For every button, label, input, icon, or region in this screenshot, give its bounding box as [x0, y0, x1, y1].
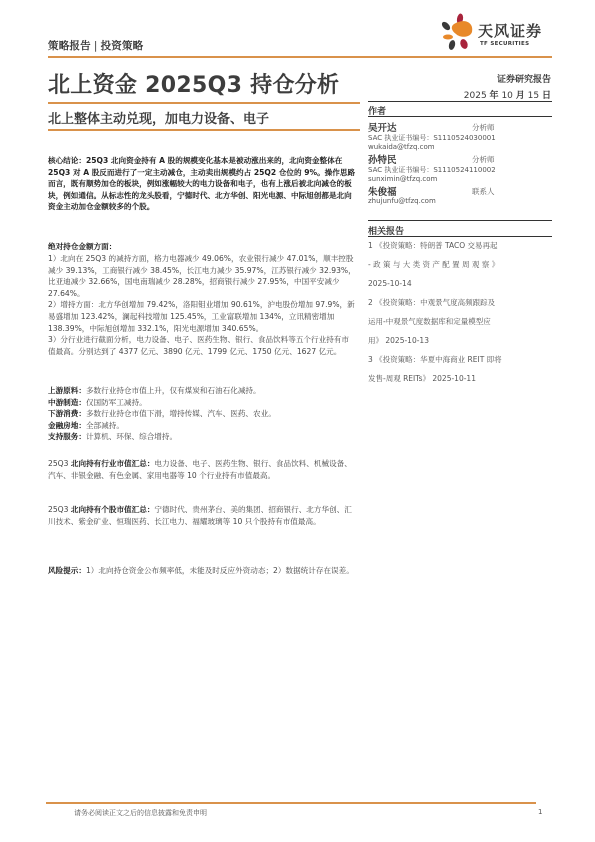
sac-number: S1110524110002 [433, 166, 495, 174]
company-logo: 天风证券 TF SECURITIES [440, 12, 560, 54]
chain-text: 计算机、环保、综合增持。 [86, 432, 177, 441]
chain-label: 上游原料： [48, 386, 86, 395]
chain-text: 多数行业持仓市值下滑，增持传媒、汽车、医药、农业。 [86, 409, 276, 418]
author-sac: SAC 执业证书编号：S1110524110002 [368, 165, 496, 175]
chain-label: 中游制造： [48, 398, 86, 407]
report-category: 策略报告|投资策略 [48, 38, 143, 53]
author-sac: SAC 执业证书编号：S1110524030001 [368, 133, 496, 143]
date-day-unit: 日 [542, 91, 551, 101]
chain-label: 支持服务： [48, 432, 86, 441]
sac-label: SAC 执业证书编号： [368, 134, 433, 142]
footer-divider [46, 802, 536, 804]
related-report-line: 运用-中观景气度数据库和定量模型应 [368, 312, 568, 331]
related-report-line: 2 《投资策略：中观景气度高频跟踪及 [368, 293, 568, 312]
report-date: 2025 年 10 月 15 日 [464, 88, 551, 101]
chain-label: 下游消费： [48, 409, 86, 418]
conclusion-text: 25Q3 北向资金持有 A 股的规模变化基本是被动涨出来的，北向资金整体在 25… [48, 156, 355, 211]
related-report-line: - 政 策 与 大 类 资 产 配 置 周 观 察 》 [368, 255, 568, 274]
conclusion-label: 核心结论： [48, 156, 86, 165]
chain-downstream: 下游消费：多数行业持仓市值下滑，增持传媒、汽车、医药、农业。 [48, 408, 356, 420]
page-title: 北上资金 2025Q3 持仓分析 [48, 68, 339, 99]
category-label: 策略报告 [48, 40, 91, 52]
title-divider [48, 102, 360, 104]
logo-en-name: TF SECURITIES [480, 41, 529, 47]
related-report-date: 2025-10-14 [368, 274, 568, 293]
core-conclusion: 核心结论：25Q3 北向资金持有 A 股的规模变化基本是被动涨出来的，北向资金整… [48, 155, 356, 213]
logo-cn-name: 天风证券 [478, 20, 542, 41]
risk-warning: 风险提示：1）北向持仓资金公布频率低，未能及时反应外资动态；2）数据统计存在误差… [48, 565, 356, 577]
related-report-line: 1 《投资策略：特朗普 TACO 交易再起 [368, 236, 568, 255]
summary-label: 北向持有个股市值汇总： [71, 505, 155, 514]
holdings-list: 1）北向在 25Q3 的减持方面，格力电器减少 49.06%，农业银行减少 47… [48, 253, 356, 357]
holdings-item-industry: 3）分行业进行截面分析，电力设备、电子、医药生物、银行、食品饮料等五个行业持有市… [48, 334, 356, 357]
sac-number: S1110524030001 [433, 134, 495, 142]
subtitle-divider [48, 129, 360, 131]
summary-prefix: 25Q3 [48, 459, 71, 468]
author-role: 分析师 [472, 154, 495, 165]
author-name: 朱俊福 [368, 184, 397, 198]
risk-label: 风险提示： [48, 566, 86, 575]
chain-label: 金融房地： [48, 421, 86, 430]
author-name: 孙特民 [368, 152, 397, 166]
authors-heading-rule [368, 116, 552, 117]
related-report-date: 用》 2025-10-13 [368, 331, 568, 350]
chain-midstream: 中游制造：仅国防军工减持。 [48, 397, 356, 409]
footer-disclaimer[interactable]: 请务必阅读正文之后的信息披露和免责申明 [74, 808, 207, 818]
report-type: 证券研究报告 [497, 72, 551, 85]
stock-summary: 25Q3 北向持有个股市值汇总：宁德时代、贵州茅台、美的集团、招商银行、北方华创… [48, 504, 356, 527]
industry-chain-list: 上游原料：多数行业持仓市值上升，仅有煤炭和石油石化减持。 中游制造：仅国防军工减… [48, 385, 356, 443]
industry-summary: 25Q3 北向持有行业市值汇总：电力设备、电子、医药生物、银行、食品饮料、机械设… [48, 458, 356, 481]
risk-text: 1）北向持仓资金公布频率低，未能及时反应外资动态；2）数据统计存在误差。 [86, 566, 354, 575]
sac-label: SAC 执业证书编号： [368, 166, 433, 174]
chain-finance: 金融房地：全部减持。 [48, 420, 356, 432]
author-name: 吴开达 [368, 120, 397, 134]
page-subtitle: 北上整体主动兑现，加电力设备、电子 [48, 108, 269, 127]
author-email[interactable]: sunximin@tfzq.com [368, 175, 437, 183]
header-divider [48, 56, 552, 58]
page-number: 1 [538, 808, 542, 816]
author-role: 联系人 [472, 186, 495, 197]
category-separator: | [94, 40, 98, 52]
summary-label: 北向持有行业市值汇总： [71, 459, 155, 468]
date-month: 10 [501, 91, 512, 101]
date-year-unit: 年 [490, 91, 499, 101]
date-year: 2025 [464, 91, 487, 101]
chain-upstream: 上游原料：多数行业持仓市值上升，仅有煤炭和石油石化减持。 [48, 385, 356, 397]
related-report-item[interactable]: 3 《投资策略：华夏中海商业 REIT 即将 发售-周观 REITs》 2025… [368, 350, 568, 388]
authors-top-rule [368, 101, 552, 102]
holdings-item-reduce: 1）北向在 25Q3 的减持方面，格力电器减少 49.06%，农业银行减少 47… [48, 253, 356, 299]
chain-text: 全部减持。 [86, 421, 124, 430]
chain-text: 仅国防军工减持。 [86, 398, 147, 407]
date-day: 15 [528, 91, 539, 101]
chain-services: 支持服务：计算机、环保、综合增持。 [48, 431, 356, 443]
holdings-item-increase: 2）增持方面：北方华创增加 79.42%，洛阳钼业增加 90.61%，沪电股份增… [48, 299, 356, 334]
related-report-item[interactable]: 2 《投资策略：中观景气度高频跟踪及 运用-中观景气度数据库和定量模型应 用》 … [368, 293, 568, 350]
author-role: 分析师 [472, 122, 495, 133]
chain-text: 多数行业持仓市值上升，仅有煤炭和石油石化减持。 [86, 386, 261, 395]
holdings-heading: 绝对持仓金额方面： [48, 241, 356, 253]
related-top-rule [368, 220, 552, 221]
related-report-line: 发售-周观 REITs》 2025-10-11 [368, 369, 568, 388]
subcategory-label: 投资策略 [101, 40, 144, 52]
related-report-item[interactable]: 1 《投资策略：特朗普 TACO 交易再起 - 政 策 与 大 类 资 产 配 … [368, 236, 568, 293]
date-month-unit: 月 [516, 91, 525, 101]
summary-prefix: 25Q3 [48, 505, 71, 514]
logo-petals-icon [440, 12, 476, 52]
author-email[interactable]: wukaida@tfzq.com [368, 143, 435, 151]
author-email[interactable]: zhujunfu@tfzq.com [368, 197, 436, 205]
related-report-line: 3 《投资策略：华夏中海商业 REIT 即将 [368, 350, 568, 369]
